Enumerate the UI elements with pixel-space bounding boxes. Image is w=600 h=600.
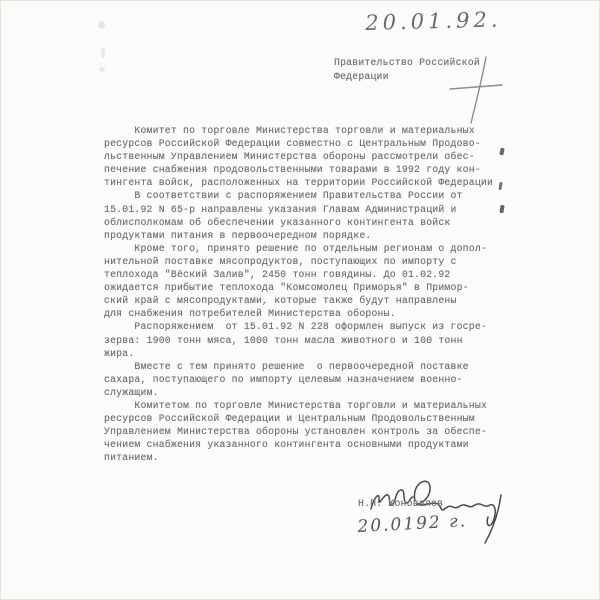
document-line: питанием. — [104, 451, 493, 464]
document-line: нительной поставке мясопродуктов, поступ… — [104, 255, 493, 268]
document-line: ресурсов Российской Федерации совместно … — [104, 137, 493, 150]
document-line: для снабжения потребителей Министерства … — [104, 307, 493, 320]
document-line: ожидается прибытие теплохода "Комсомолец… — [104, 281, 493, 294]
document-line: теплохода "Вёский Залив", 2450 тонн говя… — [104, 268, 493, 281]
scan-smudge — [99, 67, 105, 72]
document-line: служащим. — [104, 386, 493, 399]
document-line: зерва: 1900 тонн мяса, 1000 тонн масла ж… — [104, 334, 493, 347]
scan-speck — [498, 182, 502, 190]
document-line: Управлением Министерства обороны установ… — [104, 425, 493, 438]
document-line: ресурсов Российской Федерации и Централь… — [104, 412, 493, 425]
signature-scribble — [361, 467, 516, 552]
document-line: сахара, поступающего по импорту целевым … — [104, 373, 493, 386]
document-line: В соответствии с распоряжением Правитель… — [104, 189, 493, 202]
document-line: облисполкомам об обеспечении указанного … — [104, 216, 493, 229]
document-line: чением снабжения указанного контингента … — [104, 438, 493, 451]
handwritten-top-date: 20.01.92. — [365, 7, 502, 35]
scan-smudge — [101, 47, 105, 59]
document-line: печение снабжения продовольственными тов… — [104, 163, 493, 176]
document-line: Комитетом по торговле Министерства торго… — [104, 399, 493, 412]
document-line: тингента войск, расположенных на террито… — [104, 176, 493, 189]
letter-body: Комитет по торговле Министерства торговл… — [104, 124, 493, 464]
document-line: Распоряжением от 15.01.92 N 228 оформлен… — [104, 320, 493, 333]
document-page: 20.01.92. Правительство Российской Федер… — [0, 0, 600, 600]
typed-signatory-name: Н.П. Коновалов — [358, 498, 443, 509]
document-line: 15.01.92 N 65-р направлены указания Глав… — [104, 203, 493, 216]
document-line: продуктами питания в первоочередном поря… — [104, 229, 493, 242]
cross-mark-icon — [444, 53, 509, 128]
document-line: льственным Управлением Министерства обор… — [104, 150, 493, 163]
scan-speck — [499, 148, 504, 156]
document-line: Кроме того, принято решение по отдельным… — [104, 242, 493, 255]
scan-smudge — [98, 21, 105, 29]
document-line: Вместе с тем принято решение о первоочер… — [104, 360, 493, 373]
document-line: ский край с мясопродуктами, которые такж… — [104, 294, 493, 307]
document-line: Комитет по торговле Министерства торговл… — [104, 124, 493, 137]
document-line: жира. — [104, 347, 493, 360]
scan-speck — [499, 205, 504, 214]
